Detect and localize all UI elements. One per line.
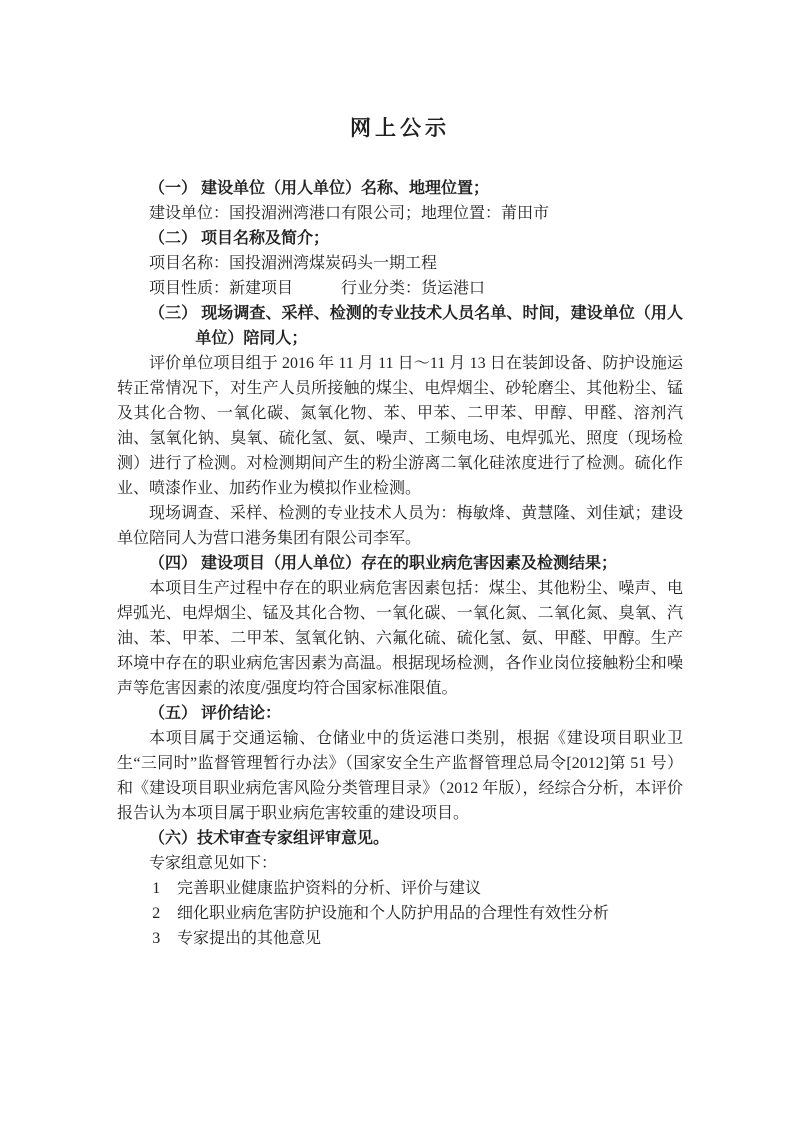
document-body: 网上公示 （一） 建设单位（用人单位）名称、地理位置； 建设单位：国投湄洲湾港口… <box>117 113 683 951</box>
opinion-text: 细化职业病危害防护设施和个人防护用品的合理性有效性分析 <box>177 905 609 922</box>
page-title: 网上公示 <box>117 113 683 143</box>
section-heading-4: （四） 建设项目（用人单位）存在的职业病危害因素及检测结果； <box>117 551 683 576</box>
expert-opinions-intro-line: 专家组意见如下： <box>117 851 683 876</box>
evaluation-conclusion-paragraph: 本项目属于交通运输、仓储业中的货运港口类别，根据《建设项目职业卫生“三同时”监督… <box>117 726 683 826</box>
expert-opinion-item: 2细化职业病危害防护设施和个人防护用品的合理性有效性分析 <box>117 901 683 926</box>
hazard-factors-paragraph: 本项目生产过程中存在的职业病危害因素包括：煤尘、其他粉尘、噪声、电焊弧光、电焊烟… <box>117 576 683 701</box>
expert-opinion-item: 1完善职业健康监护资料的分析、评价与建议 <box>117 876 683 901</box>
opinion-number: 2 <box>152 901 177 926</box>
section-heading-3: （三） 现场调查、采样、检测的专业技术人员名单、时间，建设单位（用人单位）陪同人… <box>117 301 683 351</box>
section-heading-5: （五） 评价结论： <box>117 701 683 726</box>
opinion-number: 1 <box>152 876 177 901</box>
opinion-text: 完善职业健康监护资料的分析、评价与建议 <box>177 880 481 897</box>
opinion-text: 专家提出的其他意见 <box>177 930 321 947</box>
section-heading-2: （二） 项目名称及简介； <box>117 226 683 251</box>
personnel-paragraph: 现场调查、采样、检测的专业技术人员为：梅敏烽、黄慧隆、刘佳斌；建设单位陪同人为营… <box>117 501 683 551</box>
section-heading-1: （一） 建设单位（用人单位）名称、地理位置； <box>117 176 683 201</box>
project-name-line: 项目名称：国投湄洲湾煤炭码头一期工程 <box>117 251 683 276</box>
expert-opinion-item: 3专家提出的其他意见 <box>117 926 683 951</box>
section-heading-6: （六）技术审查专家组评审意见。 <box>117 826 683 851</box>
opinion-number: 3 <box>152 926 177 951</box>
project-type-line: 项目性质：新建项目 行业分类：货运港口 <box>117 276 683 301</box>
document-page: 网上公示 （一） 建设单位（用人单位）名称、地理位置； 建设单位：国投湄洲湾港口… <box>0 0 800 1131</box>
construction-unit-line: 建设单位：国投湄洲湾港口有限公司；地理位置：莆田市 <box>117 201 683 226</box>
survey-detection-paragraph: 评价单位项目组于 2016 年 11 月 11 日～11 月 13 日在装卸设备… <box>117 351 683 501</box>
